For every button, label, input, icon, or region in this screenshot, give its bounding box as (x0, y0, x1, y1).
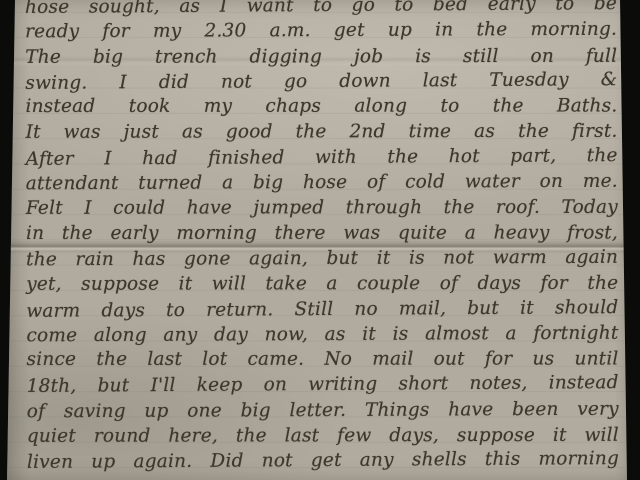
handwriting-line: attendant turned a big hose of cold wate… (26, 169, 618, 197)
handwriting-line: It was just as good the 2nd time as the … (26, 119, 618, 145)
handwriting-line: warm days to return. Still no mail, but … (26, 295, 618, 324)
handwriting-line: instead took my chaps along to the Baths… (25, 94, 617, 120)
letter-page: hose sought, as I want to go to bed earl… (0, 0, 640, 480)
handwriting-line: After I had finished with the hot part, … (26, 143, 618, 172)
handwriting-line: the rain has gone again, but it is not w… (26, 245, 618, 273)
handwriting-line: since the last lot came. No mail out for… (27, 347, 619, 373)
handwriting-line: liven up again. Did not get any shells t… (27, 446, 619, 475)
handwriting-line: of saving up one big letter. Things have… (27, 396, 619, 424)
handwriting-line: yet, suppose it will take a couple of da… (26, 271, 618, 297)
handwriting-line: Felt I could have jumped through the roo… (26, 195, 618, 221)
handwriting-line: come along any day now, as it is almost … (26, 321, 618, 349)
handwriting-text: hose sought, as I want to go to bed earl… (25, 0, 619, 475)
scan-background: hose sought, as I want to go to bed earl… (0, 0, 640, 480)
handwriting-line: quiet round here, the last few days, sup… (27, 423, 619, 449)
handwriting-line: 18th, but I'll keep on writing short not… (27, 371, 619, 400)
handwriting-line: The big trench digging job is still on f… (25, 43, 617, 69)
handwriting-line: in the early morning there was quite a h… (26, 220, 618, 246)
handwriting-line: ready for my 2.30 a.m. get up in the mor… (25, 17, 617, 45)
handwriting-line: swing. I did not go down last Tuesday & (25, 67, 617, 96)
